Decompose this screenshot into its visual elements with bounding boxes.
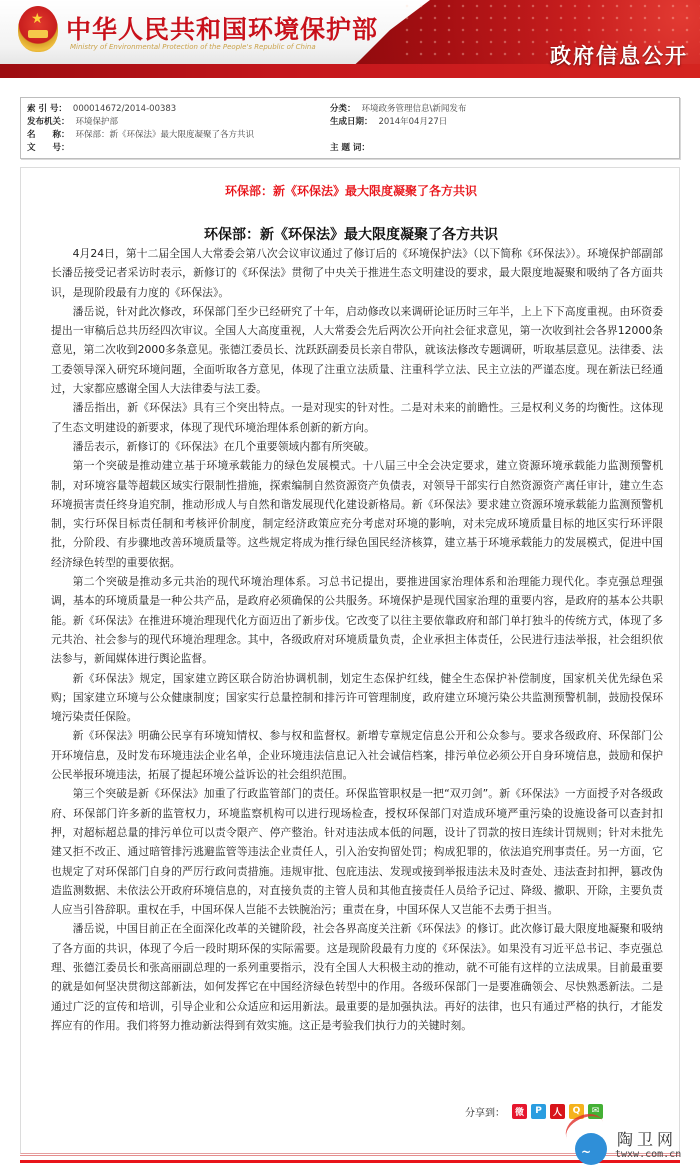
- article-headline-red: 环保部：新《环保法》最大限度凝聚了各方共识: [21, 182, 681, 199]
- paragraph: 4月24日，第十二届全国人大常委会第八次会议审议通过了修订后的《环境保护法》（以…: [51, 244, 663, 302]
- article-title: 环保部：新《环保法》最大限度凝聚了各方共识: [21, 224, 681, 244]
- category-label: 分类：: [330, 103, 356, 115]
- index-number-value: 000014672/2014-00383: [73, 104, 176, 114]
- name-value: 环保部：新《环保法》最大限度凝聚了各方共识: [76, 130, 255, 140]
- paragraph: 新《环保法》规定，国家建立跨区联合防治协调机制，划定生态保护红线，健全生态保护补…: [51, 669, 663, 727]
- site-header: ★ 中华人民共和国环境保护部 Ministry of Environmental…: [0, 0, 700, 78]
- watermark-url: twxw.com.cn: [615, 1149, 681, 1160]
- paragraph: 第二个突破是推动多元共治的现代环境治理体系。习总书记提出，要推进国家治理体系和治…: [51, 572, 663, 668]
- article-container: 环保部：新《环保法》最大限度凝聚了各方共识 环保部：新《环保法》最大限度凝聚了各…: [20, 167, 680, 1154]
- document-number-row: 文 号：: [27, 142, 76, 154]
- star-icon: ★: [31, 12, 44, 26]
- tiananmen-gate-icon: [28, 30, 48, 38]
- publisher-label: 发布机关：: [27, 116, 70, 128]
- tencent-weibo-icon[interactable]: P: [531, 1104, 546, 1119]
- keywords-label: 主 题 词：: [330, 142, 370, 154]
- document-metadata: 索 引 号：000014672/2014-00383 分类：环境政务管理信息\新…: [20, 97, 680, 159]
- wave-icon: ~: [581, 1145, 591, 1159]
- document-number-label: 文 号：: [27, 142, 70, 154]
- category-value: 环境政务管理信息\新闻发布: [362, 104, 467, 114]
- paragraph: 潘岳表示，新修订的《环保法》在几个重要领域内都有所突破。: [51, 437, 663, 456]
- watermark-name: 陶卫网: [617, 1127, 677, 1150]
- section-title: 政府信息公开: [550, 40, 688, 70]
- article-body: 4月24日，第十二届全国人大常委会第八次会议审议通过了修订后的《环境保护法》（以…: [51, 244, 663, 1035]
- paragraph: 潘岳指出，新《环保法》具有三个突出特点。一是对现实的针对性。二是对未来的前瞻性。…: [51, 398, 663, 437]
- keywords-row: 主 题 词：: [330, 142, 376, 154]
- date-label: 生成日期：: [330, 116, 373, 128]
- date-row: 生成日期：2014年04月27日: [330, 116, 447, 128]
- paragraph: 潘岳说，中国目前正在全面深化改革的关键阶段，社会各界高度关注新《环保法》的修订。…: [51, 919, 663, 1035]
- publisher-value: 环境保护部: [76, 117, 119, 127]
- watermark: ~ 陶卫网 twxw.com.cn: [565, 1115, 700, 1165]
- site-title[interactable]: 中华人民共和国环境保护部: [66, 10, 378, 46]
- paragraph: 第三个突破是新《环保法》加重了行政监管部门的责任。环保监管职权是一把“双刃剑”。…: [51, 784, 663, 919]
- category-row: 分类：环境政务管理信息\新闻发布: [330, 103, 466, 115]
- share-label: 分享到：: [465, 1104, 505, 1119]
- site-subtitle: Ministry of Environmental Protection of …: [70, 43, 316, 51]
- renren-icon[interactable]: 人: [550, 1104, 565, 1119]
- paragraph: 新《环保法》明确公民享有环境知情权、参与权和监督权。新增专章规定信息公开和公众参…: [51, 726, 663, 784]
- publisher-row: 发布机关：环境保护部: [27, 116, 118, 128]
- paragraph: 潘岳说，针对此次修改，环保部门至少已经研究了十年，启动修改以来调研论证历时三年半…: [51, 302, 663, 398]
- index-number-label: 索 引 号：: [27, 103, 67, 115]
- name-label: 名 称：: [27, 129, 70, 141]
- paragraph: 第一个突破是推动建立基于环境承载能力的绿色发展模式。十八届三中全会决定要求，建立…: [51, 456, 663, 572]
- date-value: 2014年04月27日: [379, 117, 448, 127]
- weibo-icon[interactable]: 微: [512, 1104, 527, 1119]
- index-number-row: 索 引 号：000014672/2014-00383: [27, 103, 176, 115]
- name-row: 名 称：环保部：新《环保法》最大限度凝聚了各方共识: [27, 129, 254, 141]
- national-emblem-icon: ★: [18, 6, 58, 52]
